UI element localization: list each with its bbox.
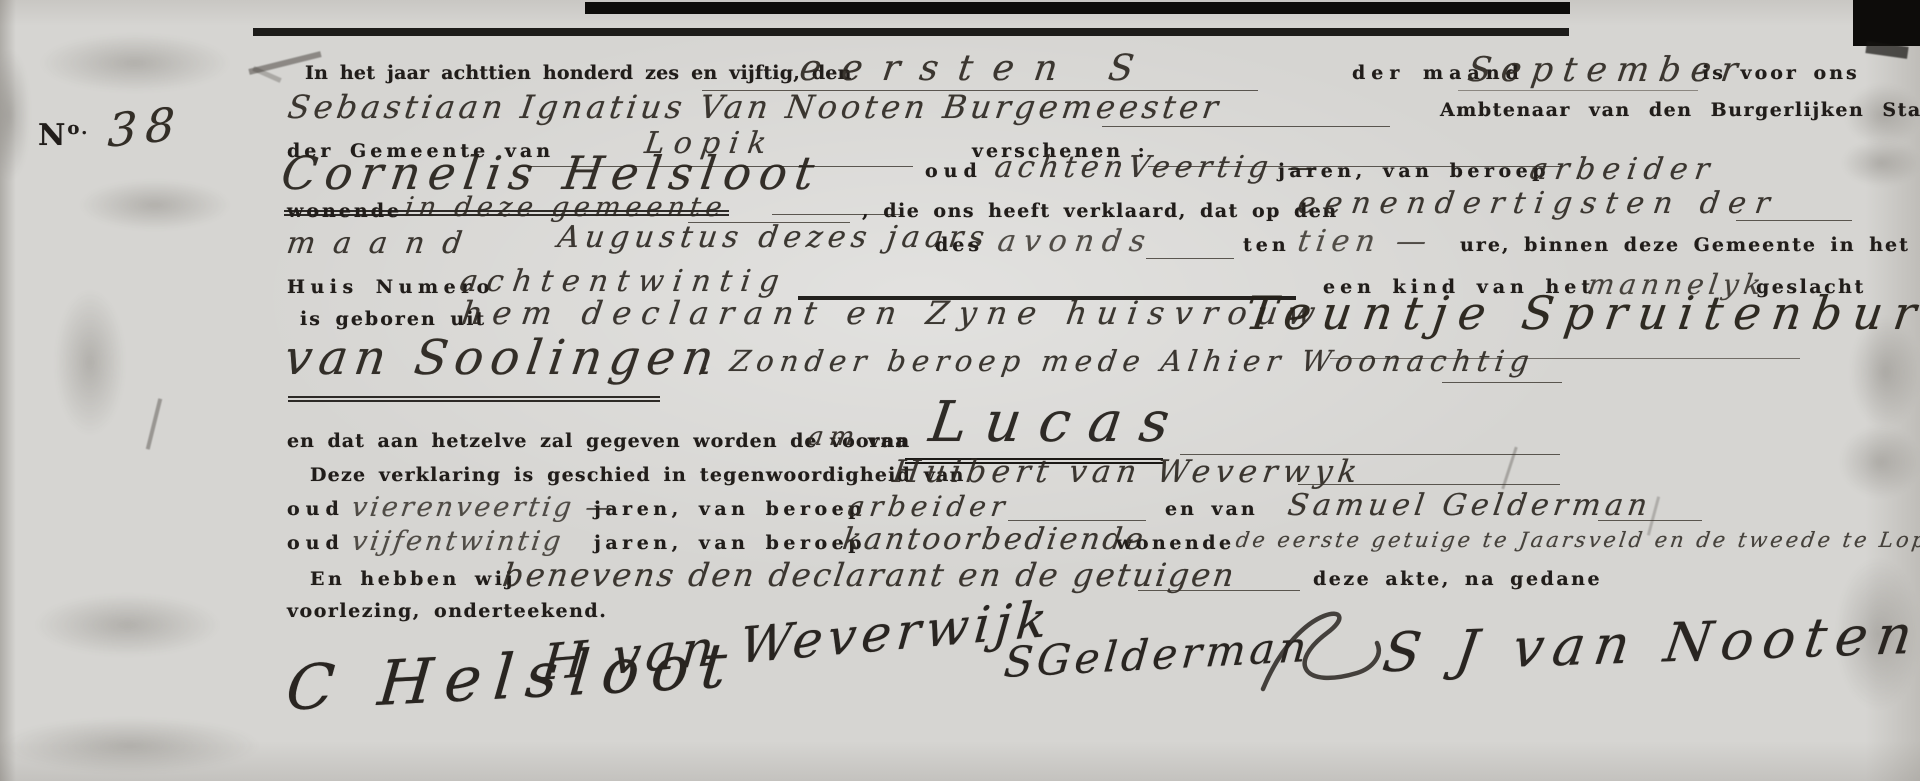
handwritten-witness2-name: Samuel Gelderman (1286, 488, 1654, 523)
blank-rule (1102, 126, 1390, 127)
ink-smudge (35, 594, 220, 656)
handwritten-declarant-occupation: arbeider (1528, 152, 1719, 187)
printed-is-voor-ons: is voor ons (1702, 62, 1860, 84)
handwritten-declarant-age: achtenVeertig — (993, 150, 1325, 185)
handwritten-witness1-age: vierenveertig — (350, 492, 618, 523)
printed-voorlezing: voorlezing, onderteekend. (287, 600, 607, 622)
handwritten-hour: tien — (1296, 224, 1435, 259)
handwritten-mother-surname: van Soolingen (281, 330, 724, 386)
printed-en-van: en van (1165, 498, 1258, 520)
handwritten-maand: maand (285, 226, 483, 261)
handwritten-witness2-age: vijfentwintig (350, 526, 566, 557)
signature-official: S J van Nooten (1379, 603, 1920, 685)
ink-smudge (0, 718, 260, 773)
handwritten-witness-residences: de eerste getuige te Jaarsveld en de twe… (1234, 528, 1920, 552)
printed-des: des (935, 234, 983, 256)
blank-rule (1298, 484, 1560, 485)
ink-smudge (40, 34, 230, 92)
handwritten-witness2-occupation: kantoorbediende (841, 522, 1149, 557)
signature-flourish (1245, 585, 1395, 705)
handwritten-child-name: Lucas (925, 390, 1191, 455)
scanned-birth-record: No. 38 In het jaar achttien honderd zes … (0, 0, 1920, 781)
blank-rule (1598, 520, 1702, 521)
ink-smudge (1842, 140, 1920, 186)
act-number: 38 (107, 96, 184, 157)
blank-rule (1442, 382, 1562, 383)
ink-smudge (1840, 426, 1920, 498)
handwritten-witness1-occupation: arbeider (846, 490, 1012, 523)
handwritten-day-part: avonds (996, 224, 1156, 259)
printed-oud-1: oud (925, 160, 983, 182)
printed-en-hebben-wij: En hebben wij (310, 568, 516, 590)
double-underline (288, 396, 660, 402)
printed-van: van (868, 430, 911, 452)
printed-jaren-beroep-3: jaren, van beroep (594, 532, 866, 554)
printed-ure-gemeente: ure, binnen deze Gemeente in het (1460, 234, 1910, 256)
handwritten-mother-firstnames: Teuntje Spruitenburg (1242, 286, 1920, 340)
scan-edge-bar-top (585, 2, 1570, 14)
handwritten-birth-month: Augustus dezes jaars (556, 220, 992, 255)
handwritten-birth-day: eenendertigsten der (1296, 186, 1781, 221)
handwritten-witness1-name: Huibert van Weverwyk (890, 454, 1364, 490)
act-number-label-sup: o. (67, 118, 89, 139)
handwritten-closing: benevens den declarant en de getuigen (500, 556, 1238, 594)
printed-oud-3: oud (287, 532, 345, 554)
printed-ambtenaar: Ambtenaar van den Burgerlijken Stand (1440, 99, 1920, 121)
handwritten-official-name: Sebastiaan Ignatius Van Nooten Burgemees… (285, 88, 1224, 126)
handwritten-day: eersten S (797, 48, 1156, 89)
blank-rule (1008, 520, 1146, 521)
pen-slash (146, 398, 162, 449)
printed-wonende: wonende (287, 200, 402, 222)
scan-rule-bar (253, 28, 1569, 36)
ink-smudge (55, 290, 125, 435)
handwritten-declarant-residence: in deze gemeente (403, 192, 729, 223)
printed-verklaard: , die ons heeft verklaard, dat op den (862, 200, 1338, 222)
handwritten-mother-details: , Zonder beroep mede Alhier Woonachtig (698, 344, 1537, 378)
printed-year-intro: In het jaar achttien honderd zes en vijf… (305, 62, 852, 84)
printed-tegenwoordigheid: Deze verklaring is geschied in tegenwoor… (310, 464, 965, 486)
printed-oud-2: oud (287, 498, 345, 520)
printed-geboren-uit: is geboren uit (300, 308, 486, 330)
handwritten-parents: hem declarant en Zyne huisvrouw (459, 294, 1327, 332)
printed-jaren-beroep-1: jaren, van beroep (1278, 160, 1550, 182)
signature-witness1: H van Weverwijk (540, 590, 1055, 692)
scan-corner-mark (1853, 0, 1920, 46)
blank-rule (1146, 258, 1234, 259)
printed-jaren-beroep-2: jaren, van beroep (594, 498, 866, 520)
ink-smudge (0, 50, 30, 180)
blank-rule (1736, 220, 1852, 221)
printed-ten: ten (1243, 234, 1290, 256)
act-number-label-n: N (38, 118, 67, 153)
printed-wonende-2: wonende (1116, 532, 1235, 554)
act-number-label: No. (38, 118, 89, 153)
ink-smudge (80, 180, 230, 230)
blank-rule (1458, 90, 1698, 91)
handwritten-am: am (806, 422, 862, 452)
